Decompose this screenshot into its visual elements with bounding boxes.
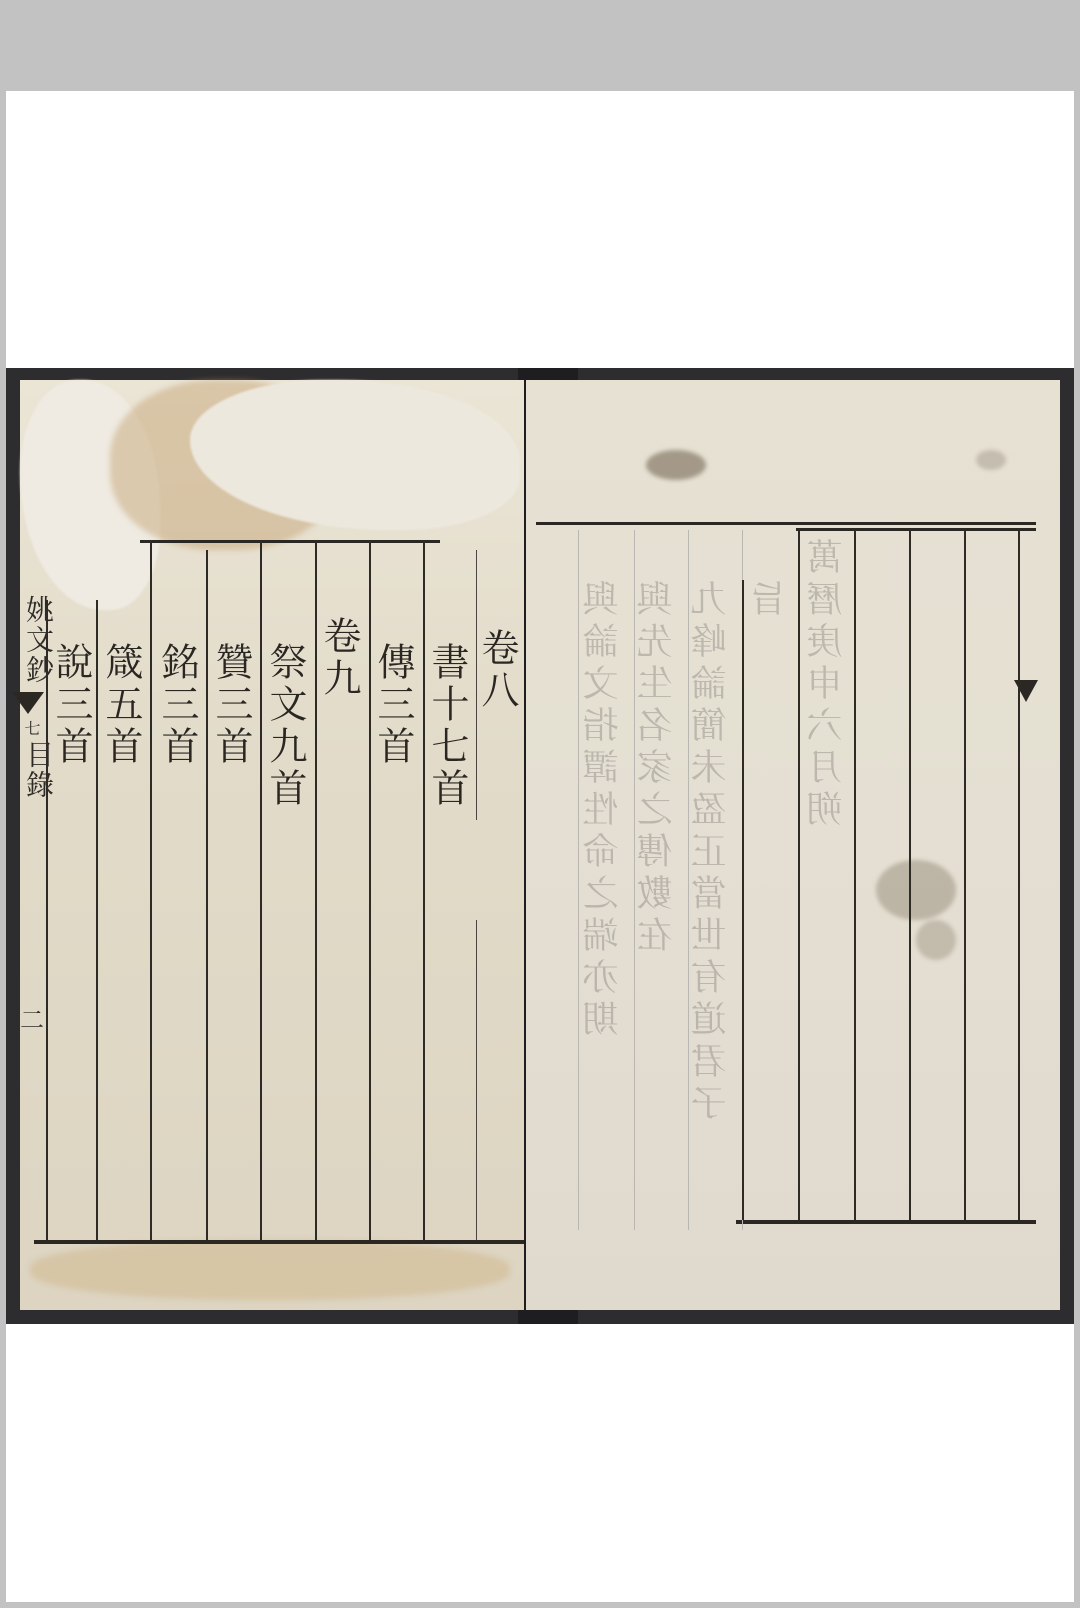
page-number: 二 bbox=[20, 1000, 44, 1035]
column-rule bbox=[798, 530, 800, 1220]
frame-bottom-line bbox=[736, 1220, 1036, 1224]
toc-entry-funeral-texts: 祭文九首 bbox=[266, 642, 304, 810]
toc-entry-admonitions: 箴五首 bbox=[102, 642, 140, 768]
book-scan: 姚文鈔 七 目錄 二 卷八 書十七首 傳三首 卷九 祭文九首 贊三首 銘三首 箴… bbox=[6, 368, 1074, 1324]
column-rule bbox=[476, 920, 477, 1240]
toc-entry-eulogies: 贊三首 bbox=[212, 642, 250, 768]
bleed-through-text: 與先生名家之傳數在 bbox=[640, 580, 676, 958]
frame-top-line bbox=[796, 528, 1036, 531]
foxing-spot bbox=[646, 450, 706, 480]
margin-volume-mark: 七 bbox=[20, 720, 43, 738]
fish-tail-mark bbox=[12, 692, 44, 714]
bleed-rule bbox=[578, 530, 579, 1230]
bleed-rule bbox=[634, 530, 635, 1230]
toc-entry-inscriptions: 銘三首 bbox=[158, 642, 196, 768]
right-page: 萬曆庚申六月朔 旨 九峰論簡未盈正當世有道君子 與先生名家之傳數在 與論文指譚性… bbox=[526, 380, 1060, 1310]
foxing-spot bbox=[976, 450, 1006, 470]
column-rule bbox=[1018, 530, 1020, 1220]
toc-entry-letters: 書十七首 bbox=[428, 642, 466, 810]
left-page: 姚文鈔 七 目錄 二 卷八 書十七首 傳三首 卷九 祭文九首 贊三首 銘三首 箴… bbox=[20, 380, 524, 1310]
bleed-through-text: 與論文指譚性命之端亦期 bbox=[586, 580, 622, 1042]
toc-entry-biographies: 傳三首 bbox=[374, 642, 412, 768]
frame-bottom-line bbox=[34, 1240, 524, 1244]
column-rule bbox=[964, 530, 966, 1220]
fish-tail-mark bbox=[1014, 680, 1038, 702]
toc-volume-8: 卷八 bbox=[478, 628, 516, 712]
bleed-through-text: 萬曆庚申六月朔 bbox=[810, 538, 846, 832]
column-rule bbox=[742, 580, 744, 1220]
frame-top-line bbox=[536, 522, 1036, 525]
toc-entry-discourses: 說三首 bbox=[52, 642, 90, 768]
column-rule bbox=[854, 530, 856, 1220]
bleed-through-text: 九峰論簡未盈正當世有道君子 bbox=[694, 580, 730, 1126]
column-rule bbox=[206, 550, 208, 1240]
foxing-spot bbox=[916, 920, 956, 960]
column-rule bbox=[909, 530, 911, 1220]
toc-volume-9: 卷九 bbox=[320, 616, 358, 700]
water-stain bbox=[30, 1240, 510, 1300]
bleed-rule bbox=[688, 530, 689, 1230]
column-rule bbox=[96, 600, 98, 1240]
column-rule bbox=[260, 540, 262, 1240]
column-rule bbox=[46, 600, 48, 1240]
column-rule bbox=[150, 540, 152, 1240]
frame-top-line bbox=[140, 540, 440, 543]
bleed-through-text: 旨 bbox=[754, 580, 790, 622]
foxing-spot bbox=[876, 860, 956, 920]
